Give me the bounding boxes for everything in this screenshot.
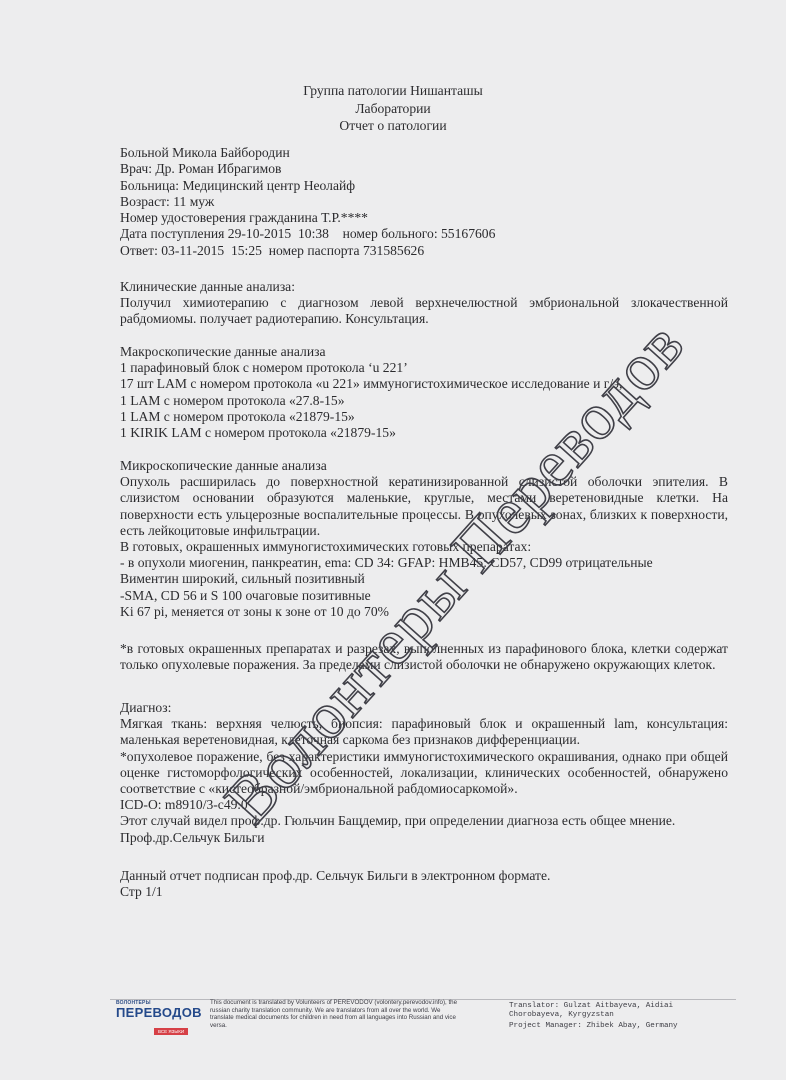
patient-info: Больной Микола Байбородин Врач: Др. Рома… bbox=[120, 145, 728, 259]
micro-line: Ki 67 pi, меняется от зоны к зоне от 10 … bbox=[120, 604, 728, 620]
macro-item: 1 парафиновый блок с номером протокола ‘… bbox=[120, 360, 728, 376]
perevodov-logo: ВОЛОНТЕРЫ ПЕРЕВОДОВ ВСЕ ЯЗЫКИ bbox=[116, 1000, 196, 1038]
note-section: *в готовых окрашенных препаратах и разре… bbox=[120, 641, 728, 673]
diagnosis-comment: *опухолевое поражение, без характеристик… bbox=[120, 749, 728, 798]
signer: Проф.др.Сельчук Бильги bbox=[120, 830, 728, 846]
logo-badge: ВСЕ ЯЗЫКИ bbox=[154, 1028, 188, 1035]
translator-line: Chorobayeva, Kyrgyzstan bbox=[509, 1011, 739, 1020]
macroscopic-section: Макроскопические данные анализа 1 парафи… bbox=[120, 344, 728, 441]
diagnosis-text: Мягкая ткань: верхняя челюсть, биопсия: … bbox=[120, 716, 728, 748]
patient-name: Больной Микола Байбородин bbox=[120, 145, 728, 161]
diagnosis-section: Диагноз: Мягкая ткань: верхняя челюсть, … bbox=[120, 700, 728, 846]
document-page: Группа патологии Нишанташы Лаборатории О… bbox=[0, 0, 786, 1080]
macro-item: 1 LAM с номером протокола «21879-15» bbox=[120, 409, 728, 425]
micro-line: - в опухоли миогенин, панкреатин, ema: C… bbox=[120, 555, 728, 571]
icd-code: ICD-O: m8910/3-c49.0 bbox=[120, 797, 728, 813]
clinical-title: Клинические данные анализа: bbox=[120, 279, 728, 295]
note-text: *в готовых окрашенных препаратах и разре… bbox=[120, 641, 728, 673]
translation-disclaimer: This document is translated by Volunteer… bbox=[210, 999, 465, 1029]
hospital: Больница: Медицинский центр Неолайф bbox=[120, 178, 728, 194]
signature-section: Данный отчет подписан проф.др. Сельчук Б… bbox=[120, 868, 728, 900]
macro-item: 17 шт LAM с номером протокола «u 221» им… bbox=[120, 376, 728, 392]
clinical-text: Получил химиотерапию с диагнозом левой в… bbox=[120, 295, 728, 327]
admission-date: Дата поступления 29-10-2015 10:38 номер … bbox=[120, 226, 728, 242]
response-date: Ответ: 03-11-2015 15:25 номер паспорта 7… bbox=[120, 243, 728, 259]
diagnosis-title: Диагноз: bbox=[120, 700, 728, 716]
report-header: Группа патологии Нишанташы Лаборатории О… bbox=[0, 82, 786, 135]
micro-paragraph: Опухоль расширилась до поверхностной кер… bbox=[120, 474, 728, 539]
seen-by: Этот случай видел проф.др. Гюльчин Бащде… bbox=[120, 813, 728, 829]
macro-title: Макроскопические данные анализа bbox=[120, 344, 728, 360]
doctor: Врач: Др. Роман Ибрагимов bbox=[120, 161, 728, 177]
micro-line: Виментин широкий, сильный позитивный bbox=[120, 571, 728, 587]
micro-line: В готовых, окрашенных иммуногистохимичес… bbox=[120, 539, 728, 555]
macro-item: 1 LAM с номером протокола «27.8-15» bbox=[120, 393, 728, 409]
lab-subtitle: Лаборатории bbox=[0, 100, 786, 118]
micro-title: Микроскопические данные анализа bbox=[120, 458, 728, 474]
lab-group-title: Группа патологии Нишанташы bbox=[0, 82, 786, 100]
citizen-id: Номер удостоверения гражданина Т.Р.**** bbox=[120, 210, 728, 226]
translation-credits: Translator: Gulzat Aitbayeva, Aidiai Cho… bbox=[509, 1002, 739, 1032]
project-manager: Project Manager: Zhibek Abay, Germany bbox=[509, 1022, 739, 1031]
logo-big-text: ПЕРЕВОДОВ bbox=[116, 1006, 196, 1020]
report-title: Отчет о патологии bbox=[0, 117, 786, 135]
clinical-section: Клинические данные анализа: Получил хими… bbox=[120, 279, 728, 328]
translator-line: Translator: Gulzat Aitbayeva, Aidiai bbox=[509, 1002, 739, 1011]
microscopic-section: Микроскопические данные анализа Опухоль … bbox=[120, 458, 728, 620]
micro-line: -SMA, CD 56 и S 100 очаговые позитивные bbox=[120, 588, 728, 604]
macro-item: 1 KIRIK LAM с номером протокола «21879-1… bbox=[120, 425, 728, 441]
signed-text: Данный отчет подписан проф.др. Сельчук Б… bbox=[120, 868, 728, 884]
page-number: Стр 1/1 bbox=[120, 884, 728, 900]
age: Возраст: 11 муж bbox=[120, 194, 728, 210]
